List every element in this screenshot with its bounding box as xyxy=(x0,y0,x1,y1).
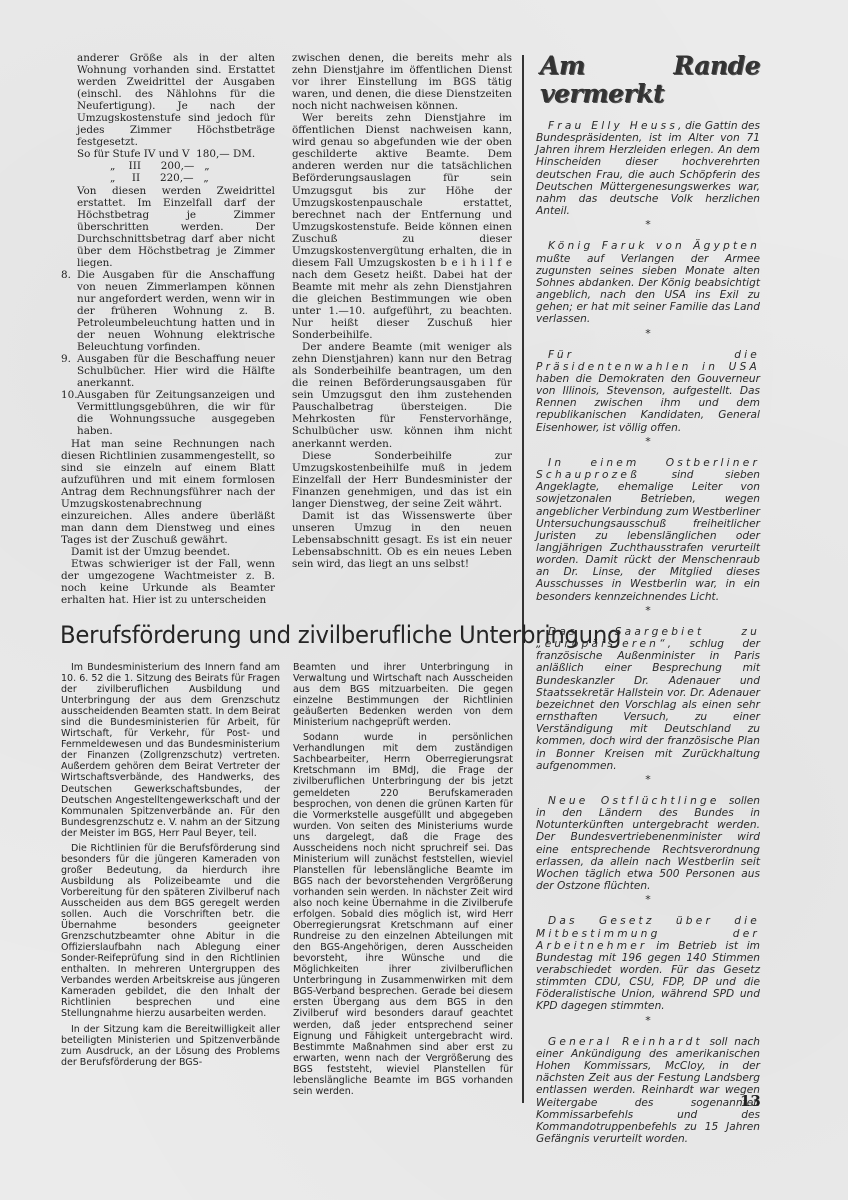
news-text: haben die Demokraten den Gouverneur von … xyxy=(536,373,760,434)
paragraph: anderer Größe als in der alten Wohnung v… xyxy=(61,52,275,148)
star-separator: * xyxy=(536,605,760,617)
paragraph: In der Sitzung kam die Bereitwilligkeit … xyxy=(61,1024,280,1068)
news-item: Neue Ostflüchtlinge sollen in den Länder… xyxy=(536,795,760,892)
list-number: 9. xyxy=(61,353,71,365)
list-text: Ausgaben für die Beschaffung neuer Schul… xyxy=(77,353,275,389)
paragraph: Diese Sonderbeihilfe zur Umzugskostenbei… xyxy=(292,450,512,510)
paragraph: Sodann wurde in persönlichen Verhandlung… xyxy=(293,732,513,1097)
list-number: 8. xyxy=(61,269,71,281)
stufe-row: „ II 220,— „ xyxy=(61,172,275,184)
paragraph: Wer bereits zehn Dienstjahre im öffentli… xyxy=(292,112,512,341)
paragraph: Hat man seine Rechnungen nach diesen Ric… xyxy=(61,438,275,546)
star-separator: * xyxy=(536,894,760,906)
paragraph: zwischen denen, die bereits mehr als zeh… xyxy=(292,52,512,112)
paragraph: Die Richtlinien für die Berufsförderung … xyxy=(61,843,280,1020)
stufe-row: „ III 200,— „ xyxy=(61,160,275,172)
star-separator: * xyxy=(536,1015,760,1027)
star-separator: * xyxy=(536,436,760,448)
paragraph: Beamten und ihrer Unterbringung in Verwa… xyxy=(293,662,513,728)
newspaper-page: anderer Größe als in der alten Wohnung v… xyxy=(0,0,848,1200)
news-item: Für die Präsidentenwahlen in USA haben d… xyxy=(536,349,760,434)
paragraph: Damit ist der Umzug beendet. xyxy=(61,546,275,558)
sidebar-title: Am Rande vermerkt xyxy=(540,52,760,108)
news-item: General Reinhardt soll nach einer Ankünd… xyxy=(536,1036,760,1145)
paragraph: Von diesen werden Zweidrittel erstattet.… xyxy=(61,185,275,269)
list-item: 8. Die Ausgaben für die Anschaffung von … xyxy=(61,269,275,353)
umzug-article-column-2: zwischen denen, die bereits mehr als zeh… xyxy=(292,52,512,570)
column-divider xyxy=(522,55,524,1103)
news-text: soll nach einer Ankündigung des amerikan… xyxy=(536,1036,760,1145)
news-text: mußte auf Verlangen der Armee zugunsten … xyxy=(536,253,760,326)
news-lead: Für die Präsidentenwahlen in USA xyxy=(536,349,760,373)
list-text: Die Ausgaben für die Anschaffung von neu… xyxy=(77,269,275,353)
news-lead: General Reinhardt xyxy=(548,1036,703,1048)
news-lead: Frau Elly Heuss xyxy=(548,120,678,132)
paragraph: Damit ist das Wissenswerte über unseren … xyxy=(292,510,512,570)
list-item: 10. Ausgaben für Zeitungsanzeigen und Ve… xyxy=(61,389,275,437)
paragraph: Im Bundesministerium des Innern fand am … xyxy=(61,662,280,839)
news-lead: König Faruk von Ägypten xyxy=(548,240,760,252)
article-title: Berufsförderung und zivilberufliche Unte… xyxy=(60,621,507,649)
news-item: König Faruk von Ägypten mußte auf Verlan… xyxy=(536,240,760,325)
news-text: , die Gattin des Bundespräsidenten, ist … xyxy=(536,120,760,217)
star-separator: * xyxy=(536,328,760,340)
umzug-article-column-1: anderer Größe als in der alten Wohnung v… xyxy=(61,52,275,606)
news-text: , schlug der französische Außenminister … xyxy=(536,638,760,772)
news-item: Das Gesetz über die Mitbestimmung der Ar… xyxy=(536,915,760,1012)
paragraph: Etwas schwieriger ist der Fall, wenn der… xyxy=(61,558,275,606)
berufsfoerderung-column-2: Beamten und ihrer Unterbringung in Verwa… xyxy=(293,662,513,1101)
list-text: Ausgaben für Zeitungsanzeigen und Vermit… xyxy=(77,389,275,437)
list-item: 9. Ausgaben für die Beschaffung neuer Sc… xyxy=(61,353,275,389)
paragraph: Der andere Beamte (mit weniger als zehn … xyxy=(292,341,512,449)
news-item: In einem Ostberliner Schauprozeß sind si… xyxy=(536,457,760,603)
news-item: Das Saargebiet zu „europäisieren“, schlu… xyxy=(536,626,760,772)
news-text: sind sieben Angeklagte, ehemalige Leiter… xyxy=(536,469,760,603)
page-number: 13 xyxy=(740,1092,761,1110)
star-separator: * xyxy=(536,219,760,231)
berufsfoerderung-column-1: Im Bundesministerium des Innern fand am … xyxy=(61,662,280,1072)
list-number: 10. xyxy=(61,389,78,401)
news-lead: Neue Ostflüchtlinge xyxy=(548,795,720,807)
news-item: Frau Elly Heuss, die Gattin des Bundespr… xyxy=(536,120,760,217)
news-text: sollen in den Ländern des Bundes in Notu… xyxy=(536,795,760,892)
stufe-row: So für Stufe IV und V 180,— DM. xyxy=(61,148,275,160)
star-separator: * xyxy=(536,774,760,786)
sidebar-am-rande-vermerkt: Am Rande vermerkt Frau Elly Heuss, die G… xyxy=(536,52,760,1145)
